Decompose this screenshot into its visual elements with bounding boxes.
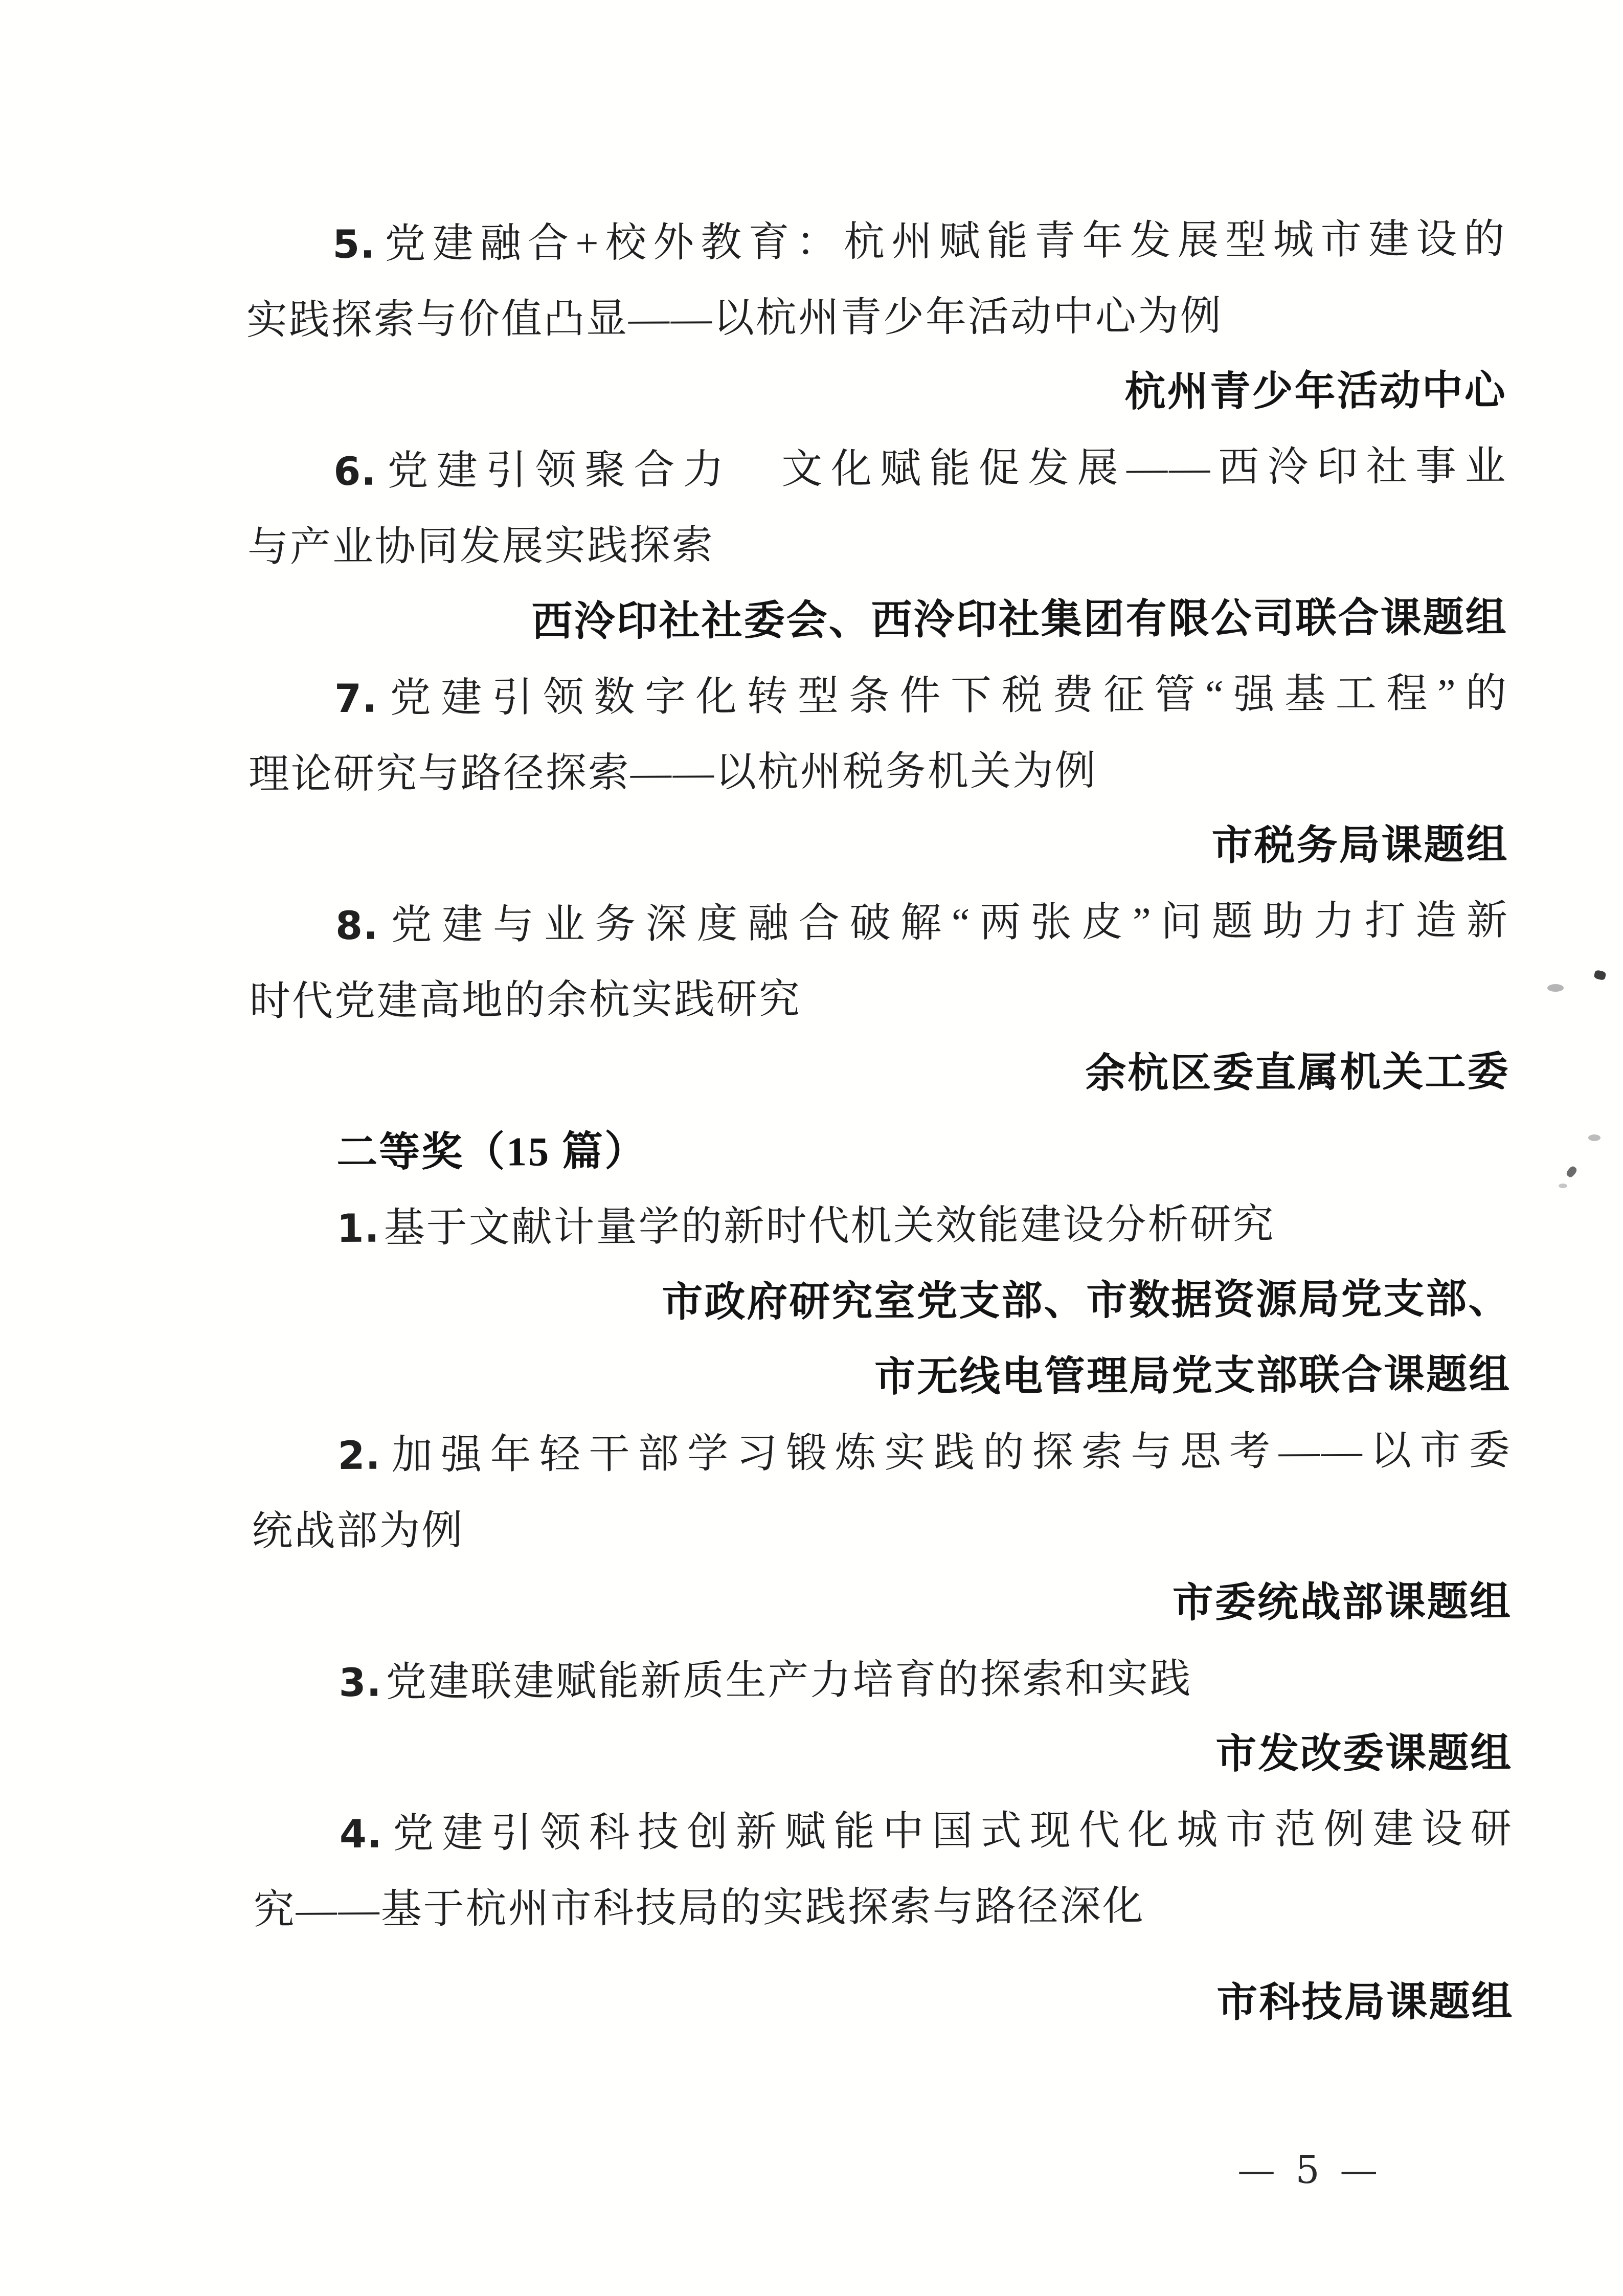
scan-speck xyxy=(1547,984,1564,992)
item-title-line: 2.加强年轻干部学习锻炼实践的探索与思考——以市委 xyxy=(251,1413,1512,1494)
item-attribution: 市委统战部课题组 xyxy=(252,1564,1513,1645)
second-prize-header: 二等奖（15 篇） xyxy=(250,1110,1511,1191)
item-attribution: 市科技局课题组 xyxy=(254,1964,1514,2045)
item-title-line: 6.党建引领聚合力 文化赋能促发展——西泠印社事业 xyxy=(247,429,1507,510)
item-title-line: 8.党建与业务深度融合破解“两张皮”问题助力打造新 xyxy=(249,883,1509,964)
award-item-2: 2.加强年轻干部学习锻炼实践的探索与思考——以市委 统战部为例 市委统战部课题组 xyxy=(251,1413,1512,1645)
item-title-text: 党建引领聚合力 文化赋能促发展——西泠印社事业 xyxy=(380,444,1507,494)
item-title-line: 4.党建引领科技创新赋能中国式现代化城市范例建设研 xyxy=(253,1791,1514,1873)
item-attribution: 市发改委课题组 xyxy=(253,1715,1513,1797)
item-title-text: 党建引领科技创新赋能中国式现代化城市范例建设研 xyxy=(386,1807,1513,1857)
item-title-text: 基于文献计量学的新时代机关效能建设分析研究 xyxy=(384,1202,1275,1251)
first-prize-section: 5.党建融合+校外教育：杭州赋能青年发展型城市建设的 实践探索与价值凸显——以杭… xyxy=(246,202,1510,1116)
award-item-6: 6.党建引领聚合力 文化赋能促发展——西泠印社事业 与产业协同发展实践探索 西泠… xyxy=(247,429,1508,661)
second-prize-section: 二等奖（15 篇） 1.基于文献计量学的新时代机关效能建设分析研究 市政府研究室… xyxy=(250,1110,1514,2045)
award-item-1: 1.基于文献计量学的新时代机关效能建设分析研究 市政府研究室党支部、市数据资源局… xyxy=(250,1186,1511,1418)
award-item-3: 3.党建联建赋能新质生产力培育的探索和实践 市发改委课题组 xyxy=(252,1640,1513,1797)
item-title-line: 统战部为例 xyxy=(252,1488,1512,1570)
item-title-line: 理论研究与路径探索——以杭州税务机关为例 xyxy=(249,731,1509,813)
item-attribution: 市税务局课题组 xyxy=(249,807,1509,888)
item-attribution: 市政府研究室党支部、市数据资源局党支部、 xyxy=(251,1261,1511,1343)
item-number: 1. xyxy=(337,1206,384,1251)
item-title-line: 7.党建引领数字化转型条件下税费征管“强基工程”的 xyxy=(248,656,1508,737)
scanned-document-page: 5.党建融合+校外教育：杭州赋能青年发展型城市建设的 实践探索与价值凸显——以杭… xyxy=(0,0,1623,2296)
item-title-line: 5.党建融合+校外教育：杭州赋能青年发展型城市建设的 xyxy=(246,202,1506,283)
item-number: 7. xyxy=(334,676,381,721)
scan-speck xyxy=(1559,1184,1567,1188)
item-attribution: 杭州青少年活动中心 xyxy=(246,353,1507,434)
award-item-5: 5.党建融合+校外教育：杭州赋能青年发展型城市建设的 实践探索与价值凸显——以杭… xyxy=(246,202,1507,434)
item-title-line: 3.党建联建赋能新质生产力培育的探索和实践 xyxy=(252,1640,1513,1721)
item-attribution: 西泠印社社委会、西泠印社集团有限公司联合课题组 xyxy=(247,580,1508,661)
scan-speck xyxy=(1588,1134,1601,1141)
item-number: 2. xyxy=(337,1433,385,1478)
page-content: 5.党建融合+校外教育：杭州赋能青年发展型城市建设的 实践探索与价值凸显——以杭… xyxy=(0,0,1623,2046)
award-item-7: 7.党建引领数字化转型条件下税费征管“强基工程”的 理论研究与路径探索——以杭州… xyxy=(248,656,1509,888)
item-title-line: 与产业协同发展实践探索 xyxy=(247,504,1508,586)
item-title-line: 时代党建高地的余杭实践研究 xyxy=(249,958,1509,1040)
item-number: 8. xyxy=(335,903,382,948)
item-attribution: 余杭区委直属机关工委 xyxy=(250,1034,1510,1116)
item-title-text: 加强年轻干部学习锻炼实践的探索与思考——以市委 xyxy=(385,1428,1512,1478)
item-title-text: 党建联建赋能新质生产力培育的探索和实践 xyxy=(386,1657,1192,1705)
item-title-line: 实践探索与价值凸显——以杭州青少年活动中心为例 xyxy=(246,277,1507,359)
item-number: 4. xyxy=(340,1811,387,1857)
award-item-4: 4.党建引领科技创新赋能中国式现代化城市范例建设研 究——基于杭州市科技局的实践… xyxy=(253,1791,1514,2045)
item-title-text: 党建引领数字化转型条件下税费征管“强基工程”的 xyxy=(381,671,1508,721)
item-number: 3. xyxy=(339,1660,386,1705)
page-number: — 5 — xyxy=(1237,2142,1382,2198)
item-title-line: 究——基于杭州市科技局的实践探索与路径深化 xyxy=(253,1867,1514,1948)
item-number: 6. xyxy=(333,449,380,494)
item-title-line: 1.基于文献计量学的新时代机关效能建设分析研究 xyxy=(250,1186,1511,1267)
item-attribution: 市无线电管理局党支部联合课题组 xyxy=(251,1337,1512,1418)
item-title-text: 党建与业务深度融合破解“两张皮”问题助力打造新 xyxy=(382,898,1509,948)
item-number: 5. xyxy=(332,221,379,267)
award-item-8: 8.党建与业务深度融合破解“两张皮”问题助力打造新 时代党建高地的余杭实践研究 … xyxy=(249,883,1510,1116)
item-title-text: 党建融合+校外教育：杭州赋能青年发展型城市建设的 xyxy=(379,217,1506,267)
